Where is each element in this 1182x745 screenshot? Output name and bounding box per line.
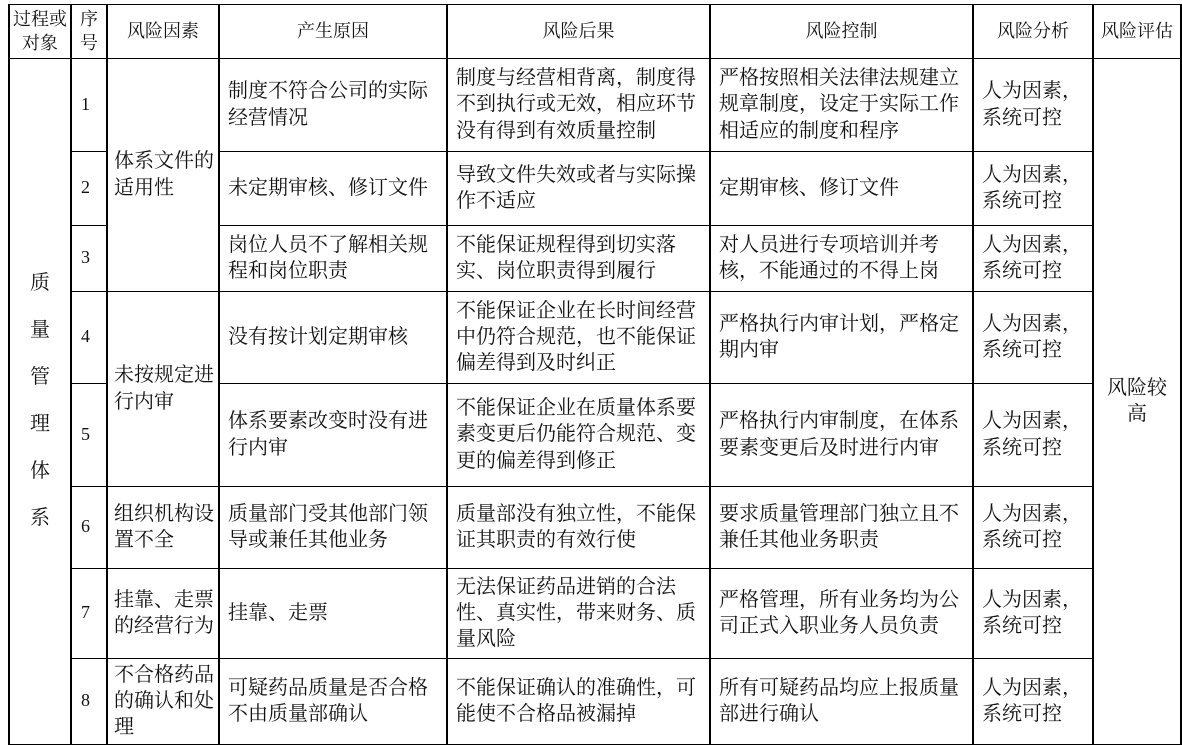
control-cell: 严格执行内审制度，在体系要素变更后及时进行内审 — [710, 383, 973, 486]
analysis-cell: 人为因素，系统可控 — [973, 486, 1093, 568]
header-serial-number: 序号 — [71, 5, 107, 59]
process-object-label: 质量管理体系 — [29, 260, 51, 542]
serial-cell: 1 — [71, 58, 107, 151]
cause-cell: 岗位人员不了解相关规程和岗位职责 — [219, 225, 447, 291]
consequence-cell: 不能保证确认的准确性，可能使不合格品被漏掉 — [447, 658, 710, 745]
consequence-cell: 质量部没有独立性，不能保证其职责的有效行使 — [447, 486, 710, 568]
header-risk-evaluation: 风险评估 — [1093, 5, 1181, 59]
control-cell: 严格执行内审计划，严格定期内审 — [710, 291, 973, 383]
risk-factor-cell: 挂靠、走票的经营行为 — [107, 568, 219, 658]
consequence-cell: 不能保证企业在质量体系要素变更后仍能符合规范、变更的偏差得到修正 — [447, 383, 710, 486]
header-cause: 产生原因 — [219, 5, 447, 59]
serial-cell: 8 — [71, 658, 107, 745]
control-cell: 严格按照相关法律法规建立规章制度，设定于实际工作相适应的制度和程序 — [710, 58, 973, 151]
control-cell: 严格管理，所有业务均为公司正式入职业务人员负责 — [710, 568, 973, 658]
consequence-cell: 导致文件失效或者与实际操作不适应 — [447, 151, 710, 225]
analysis-cell: 人为因素，系统可控 — [973, 383, 1093, 486]
cause-cell: 质量部门受其他部门领导或兼任其他业务 — [219, 486, 447, 568]
risk-factor-cell: 不合格药品的确认和处理 — [107, 658, 219, 745]
control-cell: 所有可疑药品均应上报质量部进行确认 — [710, 658, 973, 745]
process-object-cell: 质量管理体系 — [9, 58, 71, 745]
table-row: 4 未按规定进行内审 没有按计划定期审核 不能保证企业在长时间经营中仍符合规范，… — [9, 291, 1181, 383]
serial-cell: 4 — [71, 291, 107, 383]
consequence-cell: 制度与经营相背离，制度得不到执行或无效，相应环节没有得到有效质量控制 — [447, 58, 710, 151]
header-row: 过程或对象 序号 风险因素 产生原因 风险后果 风险控制 风险分析 风险评估 — [9, 5, 1181, 59]
risk-factor-cell: 体系文件的适用性 — [107, 58, 219, 291]
header-risk-factor: 风险因素 — [107, 5, 219, 59]
table-row: 8 不合格药品的确认和处理 可疑药品质量是否合格不由质量部确认 不能保证确认的准… — [9, 658, 1181, 745]
serial-cell: 5 — [71, 383, 107, 486]
analysis-cell: 人为因素，系统可控 — [973, 291, 1093, 383]
serial-cell: 6 — [71, 486, 107, 568]
cause-cell: 未定期审核、修订文件 — [219, 151, 447, 225]
risk-assessment-table: 过程或对象 序号 风险因素 产生原因 风险后果 风险控制 风险分析 风险评估 质… — [8, 4, 1182, 745]
analysis-cell: 人为因素，系统可控 — [973, 658, 1093, 745]
table-row: 6 组织机构设置不全 质量部门受其他部门领导或兼任其他业务 质量部没有独立性，不… — [9, 486, 1181, 568]
serial-cell: 2 — [71, 151, 107, 225]
serial-cell: 3 — [71, 225, 107, 291]
consequence-cell: 不能保证企业在长时间经营中仍符合规范，也不能保证偏差得到及时纠正 — [447, 291, 710, 383]
analysis-cell: 人为因素，系统可控 — [973, 58, 1093, 151]
cause-cell: 可疑药品质量是否合格不由质量部确认 — [219, 658, 447, 745]
risk-factor-cell: 组织机构设置不全 — [107, 486, 219, 568]
header-process-object: 过程或对象 — [9, 5, 71, 59]
analysis-cell: 人为因素，系统可控 — [973, 225, 1093, 291]
table-row: 7 挂靠、走票的经营行为 挂靠、走票 无法保证药品进销的合法性、真实性，带来财务… — [9, 568, 1181, 658]
analysis-cell: 人为因素，系统可控 — [973, 151, 1093, 225]
consequence-cell: 不能保证规程得到切实落实、岗位职责得到履行 — [447, 225, 710, 291]
serial-cell: 7 — [71, 568, 107, 658]
risk-factor-cell: 未按规定进行内审 — [107, 291, 219, 486]
consequence-cell: 无法保证药品进销的合法性、真实性，带来财务、质量风险 — [447, 568, 710, 658]
table-row: 质量管理体系 1 体系文件的适用性 制度不符合公司的实际经营情况 制度与经营相背… — [9, 58, 1181, 151]
header-risk-analysis: 风险分析 — [973, 5, 1093, 59]
cause-cell: 制度不符合公司的实际经营情况 — [219, 58, 447, 151]
analysis-cell: 人为因素，系统可控 — [973, 568, 1093, 658]
risk-evaluation-cell: 风险较高 — [1093, 58, 1181, 745]
cause-cell: 体系要素改变时没有进行内审 — [219, 383, 447, 486]
control-cell: 要求质量管理部门独立且不兼任其他业务职责 — [710, 486, 973, 568]
control-cell: 对人员进行专项培训并考核，不能通过的不得上岗 — [710, 225, 973, 291]
cause-cell: 没有按计划定期审核 — [219, 291, 447, 383]
header-risk-control: 风险控制 — [710, 5, 973, 59]
cause-cell: 挂靠、走票 — [219, 568, 447, 658]
control-cell: 定期审核、修订文件 — [710, 151, 973, 225]
header-consequence: 风险后果 — [447, 5, 710, 59]
